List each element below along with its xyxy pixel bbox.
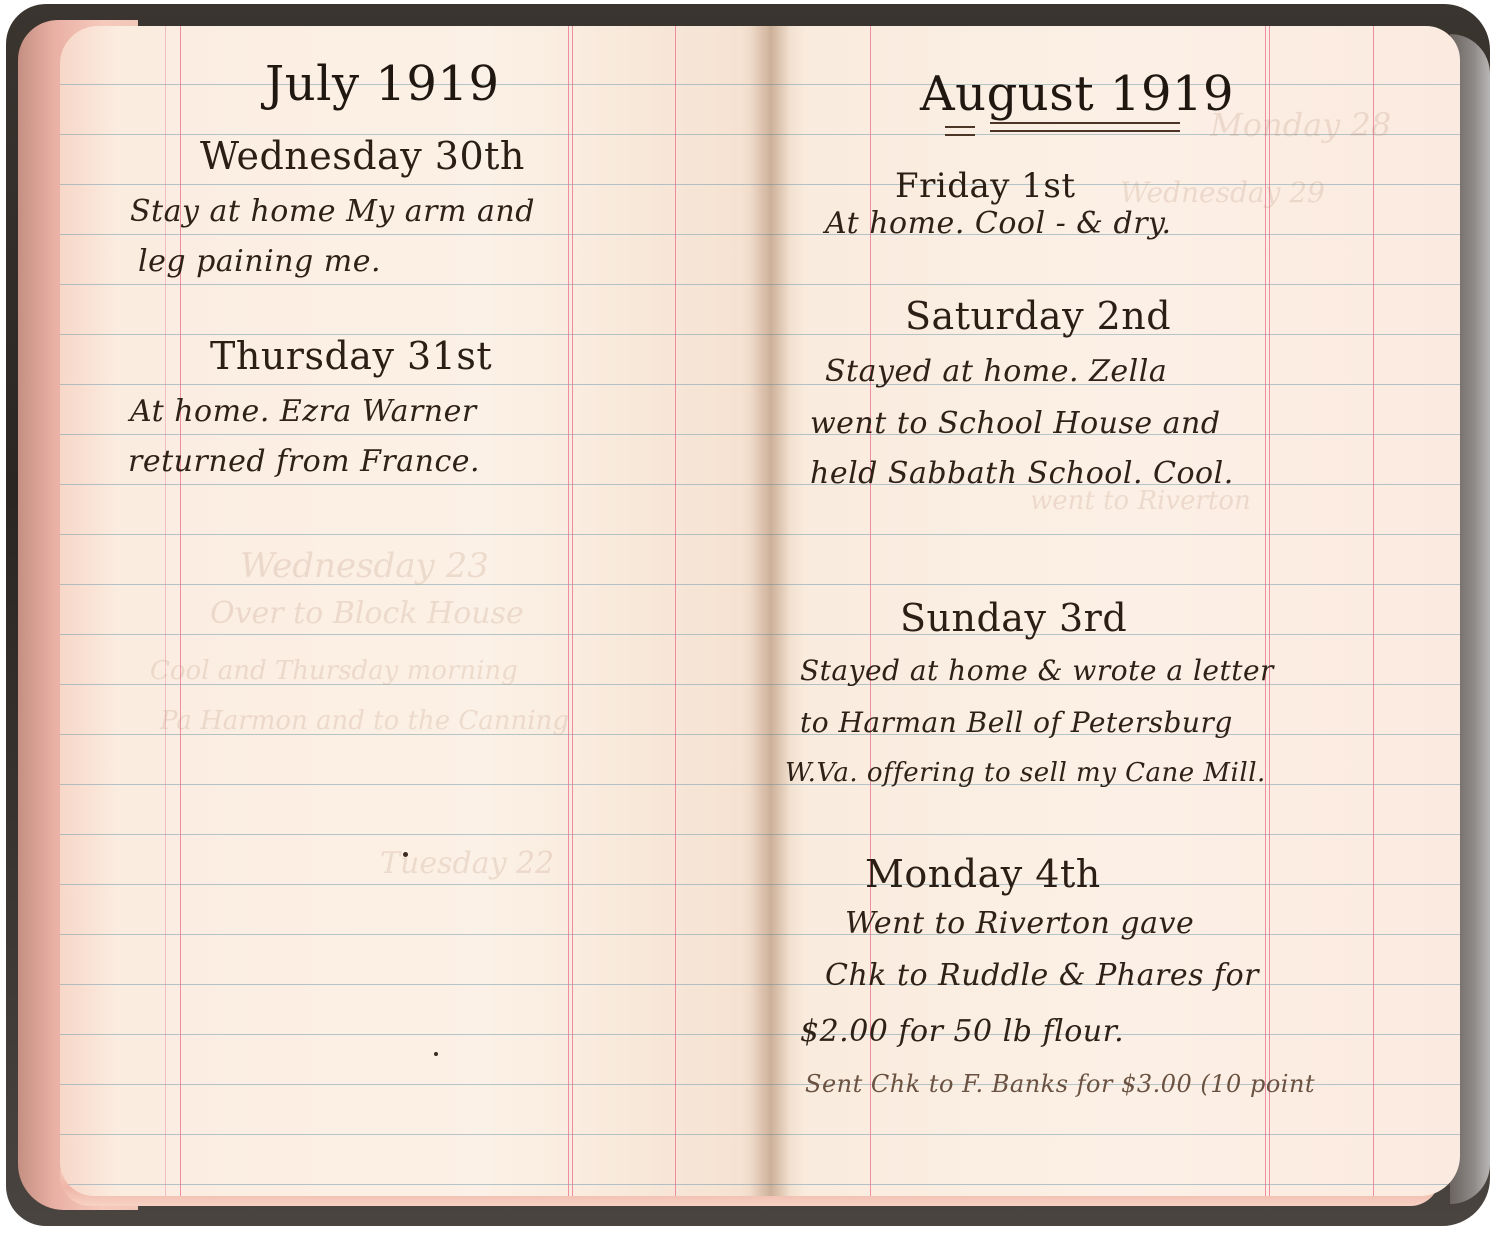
- entry-line: went to School House and: [810, 406, 1221, 441]
- entry-line: Chk to Ruddle & Phares for: [825, 958, 1259, 993]
- entry-day: Sunday 3rd: [900, 596, 1127, 640]
- column-line: [675, 26, 676, 1196]
- entry-line: held Sabbath School. Cool.: [810, 456, 1234, 491]
- entry-line: to Harman Bell of Petersburg: [800, 706, 1233, 739]
- left-page: Wednesday 23 Over to Block House Cool an…: [60, 26, 770, 1196]
- heading-underline: [990, 122, 1180, 132]
- ink-spot: [434, 1052, 438, 1056]
- column-line: [568, 26, 569, 1196]
- entry-line: Stayed at home & wrote a letter: [800, 654, 1274, 687]
- ink-spot: [403, 852, 408, 857]
- column-line: [572, 26, 573, 1196]
- entry-line: leg paining me.: [138, 244, 381, 279]
- column-line: [1373, 26, 1374, 1196]
- entry-line: Went to Riverton gave: [845, 906, 1194, 941]
- ink-bleed-through: Cool and Thursday morning: [150, 656, 518, 686]
- entry-line: Stay at home My arm and: [130, 194, 535, 229]
- entry-line: returned from France.: [128, 444, 480, 479]
- ink-bleed-through: Wednesday 29: [1120, 176, 1325, 209]
- entry-day: Thursday 31st: [210, 334, 492, 378]
- entry-line: $2.00 for 50 lb flour.: [800, 1014, 1124, 1049]
- entry-day: Saturday 2nd: [905, 294, 1171, 338]
- entry-line: At home. Cool - & dry.: [825, 206, 1172, 241]
- ink-bleed-through: Wednesday 23: [240, 546, 489, 586]
- right-page: Monday 28 Wednesday 29 went to Riverton …: [770, 26, 1460, 1196]
- entry-line: At home. Ezra Warner: [130, 394, 477, 429]
- entry-line: Stayed at home. Zella: [825, 354, 1167, 389]
- entry-day: Monday 4th: [865, 852, 1101, 896]
- month-heading: August 1919: [920, 66, 1234, 122]
- entry-line: Sent Chk to F. Banks for $3.00 (10 point: [805, 1070, 1315, 1098]
- ink-bleed-through: Monday 28: [1210, 106, 1391, 144]
- month-heading: July 1919: [265, 56, 500, 112]
- entry-day: Friday 1st: [895, 166, 1076, 206]
- ink-bleed-through: Pa Harmon and to the Canning: [160, 706, 569, 736]
- entry-line: W.Va. offering to sell my Cane Mill.: [785, 758, 1266, 788]
- ink-bleed-through: Over to Block House: [210, 596, 524, 631]
- entry-day: Wednesday 30th: [200, 134, 525, 178]
- heading-underline: [945, 126, 975, 136]
